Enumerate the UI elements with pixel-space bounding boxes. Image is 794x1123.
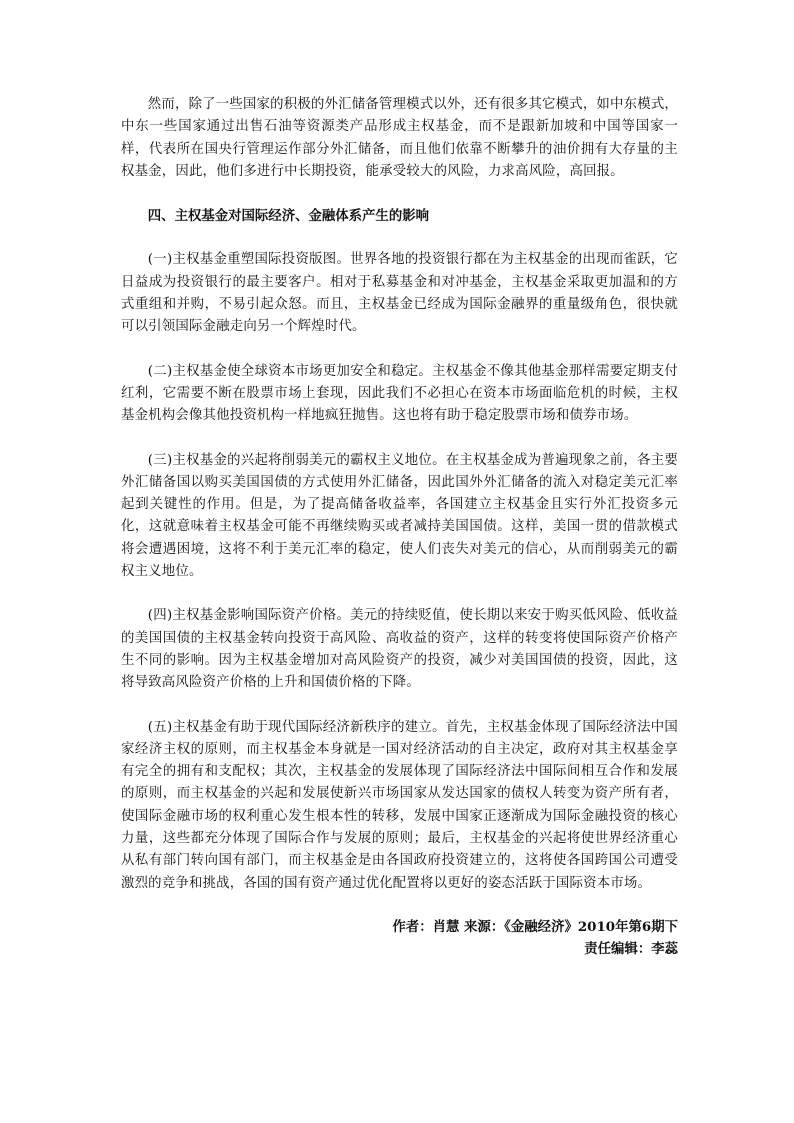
- editor-credit: 责任编辑：李蕊: [392, 938, 678, 960]
- spacer: [121, 227, 678, 249]
- spacer: [121, 695, 678, 717]
- spacer: [121, 583, 678, 605]
- paragraph-2: (二)主权基金使全球资本市场更加安全和稳定。主权基金不像其他基金那样需要定期支付…: [121, 361, 678, 428]
- article-footer: 作者：肖慧 来源：《金融经济》2010年第6期下 责任编辑：李蕊: [392, 916, 678, 960]
- spacer: [121, 183, 678, 205]
- paragraph-4: (四)主权基金影响国际资产价格。美元的持续贬值，使长期以来安于购买低风险、低收益…: [121, 605, 678, 694]
- paragraph-1: (一)主权基金重塑国际投资版图。世界各地的投资银行都在为主权基金的出现而雀跃，它…: [121, 249, 678, 338]
- document-body: 然而，除了一些国家的积极的外汇储备管理模式以外，还有很多其它模式，如中东模式，中…: [121, 94, 678, 895]
- intro-paragraph: 然而，除了一些国家的积极的外汇储备管理模式以外，还有很多其它模式，如中东模式，中…: [121, 94, 678, 183]
- spacer: [121, 428, 678, 450]
- paragraph-5: (五)主权基金有助于现代国际经济新秩序的建立。首先，主权基金体现了国际经济法中国…: [121, 717, 678, 895]
- paragraph-3: (三)主权基金的兴起将削弱美元的霸权主义地位。在主权基金成为普遍现象之前，各主要…: [121, 450, 678, 584]
- spacer: [121, 339, 678, 361]
- section-heading: 四、主权基金对国际经济、金融体系产生的影响: [121, 205, 678, 227]
- byline: 作者：肖慧 来源：《金融经济》2010年第6期下: [392, 916, 678, 938]
